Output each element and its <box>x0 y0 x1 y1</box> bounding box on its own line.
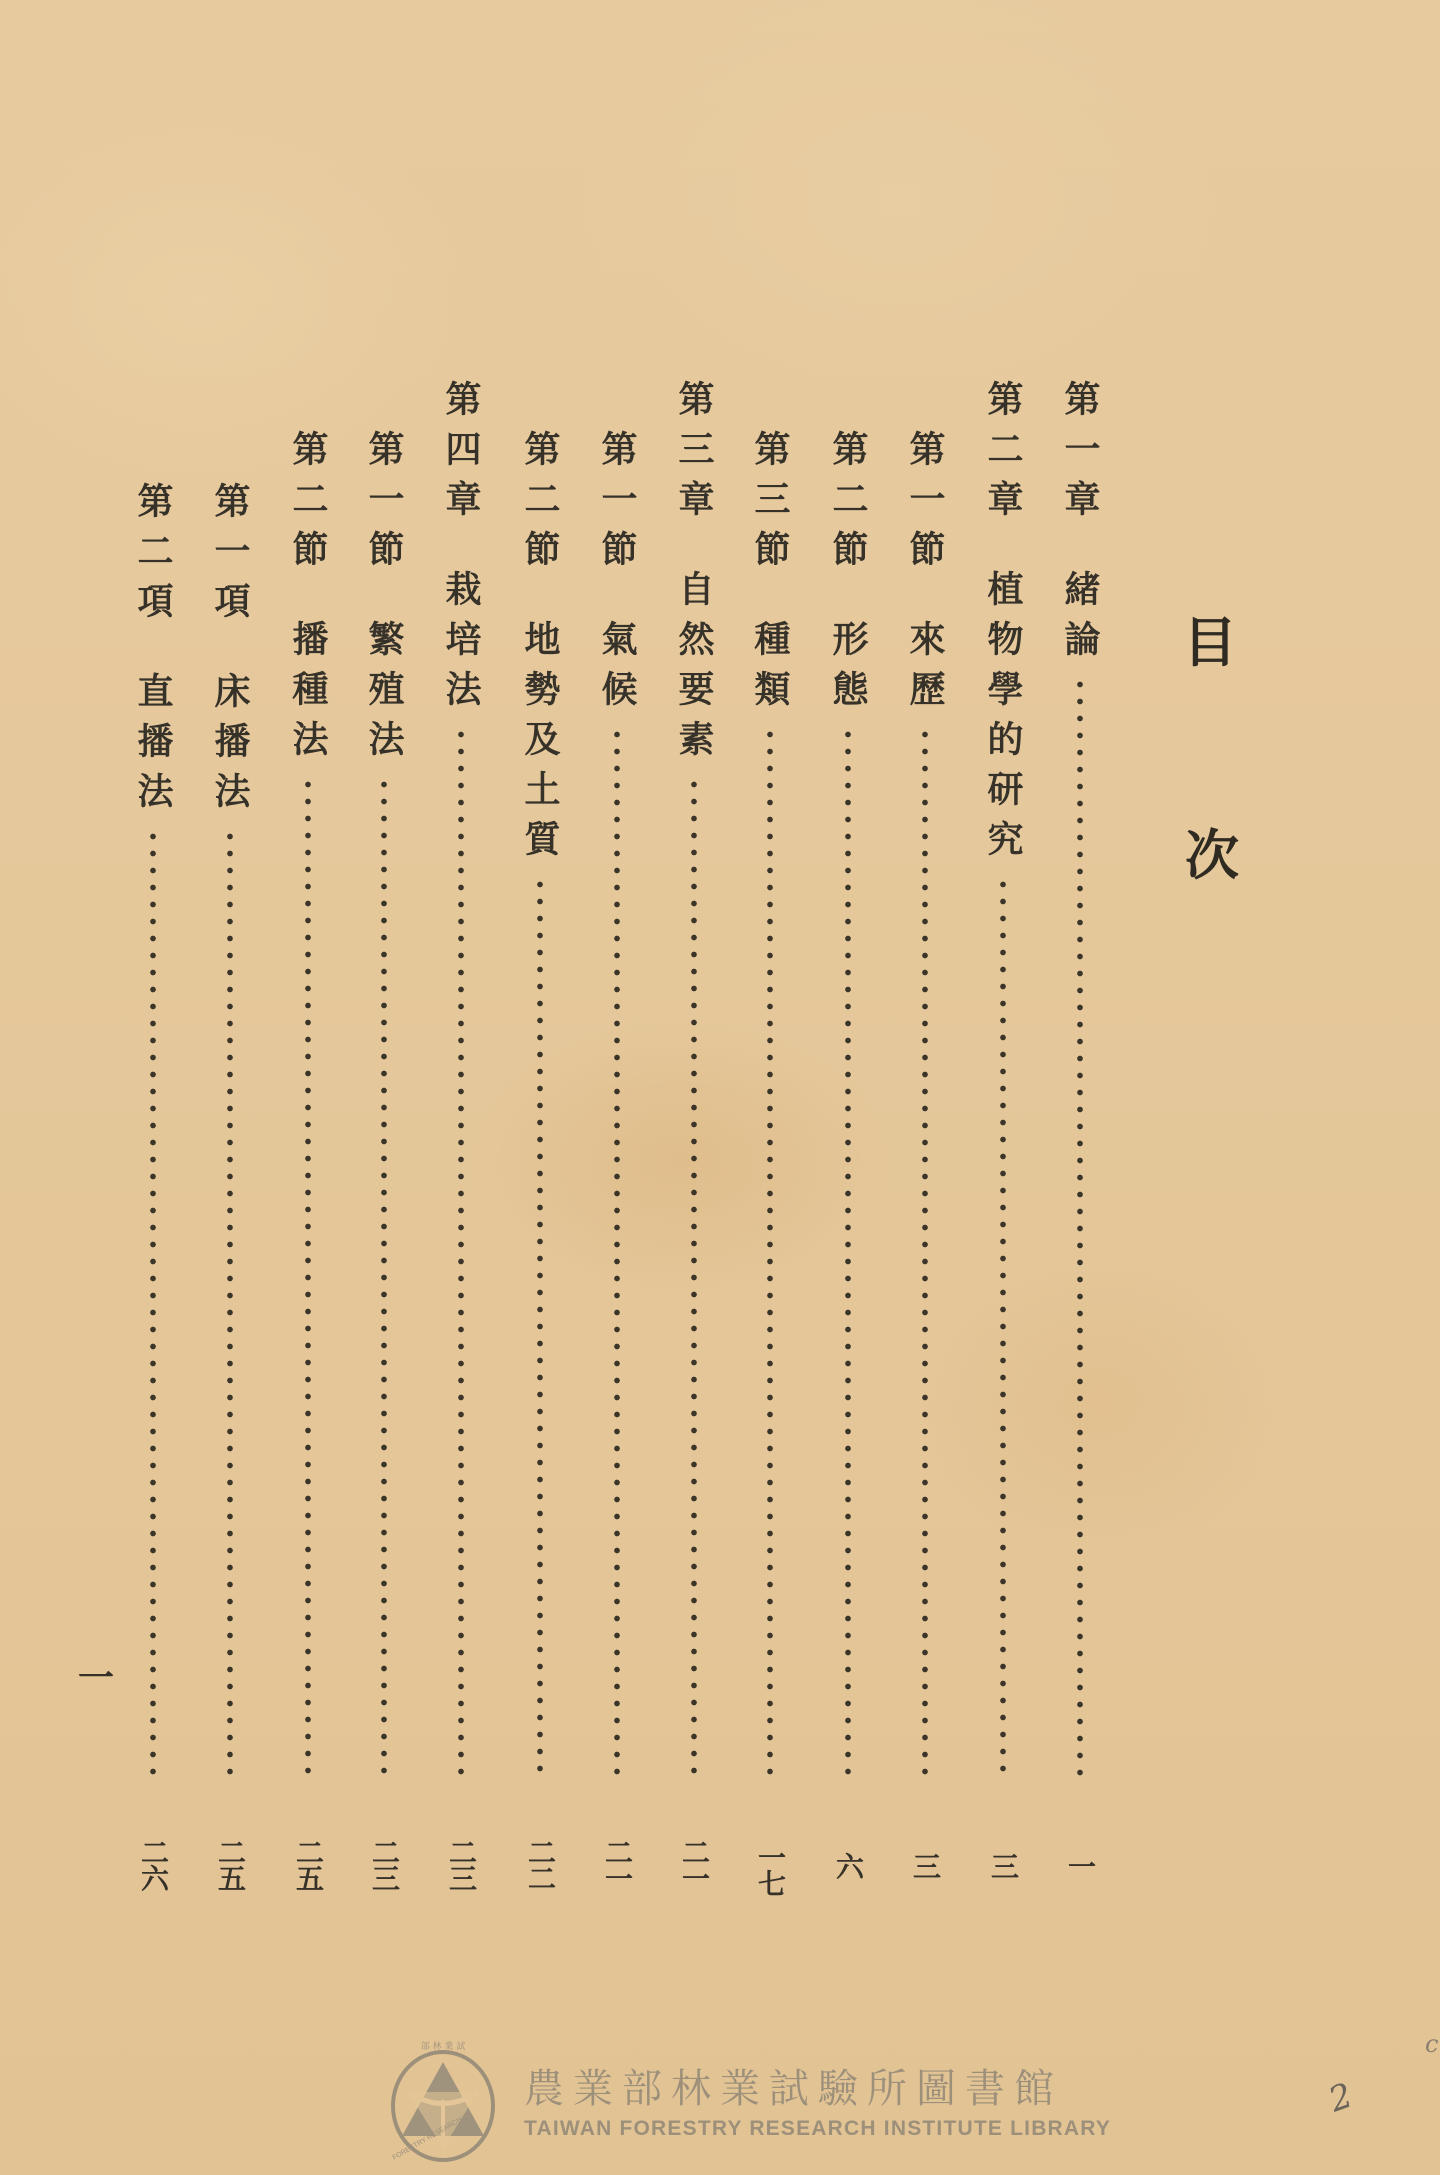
handwritten-note: 2 <box>1324 2076 1358 2121</box>
dot-leader <box>1077 676 1083 1778</box>
dot-leader <box>1000 876 1006 1778</box>
dot-leader <box>614 726 620 1778</box>
page-number: 二三 <box>362 1838 406 1890</box>
toc-entry-heading: 第二章 <box>981 380 1025 530</box>
page-number: 二三 <box>439 1838 483 1890</box>
toc-entry-item-4-2-1[interactable]: 第一項 床播法 <box>208 482 252 1778</box>
toc-entry-label: 形態 <box>826 620 870 720</box>
toc-entry-chapter-1[interactable]: 第一章 緒論 <box>1058 380 1102 1778</box>
toc-entry-heading: 第三章 <box>672 380 716 530</box>
page-number: 二一 <box>595 1838 639 1890</box>
toc-entry-section-2-1[interactable]: 第一節 來歷 <box>903 430 947 1778</box>
folio-number: 一 <box>78 1650 114 1701</box>
dot-leader <box>767 726 773 1778</box>
page-number: 二五 <box>208 1838 252 1890</box>
dot-leader <box>381 776 387 1778</box>
toc-entry-chapter-2[interactable]: 第二章 植物學的研究 <box>981 380 1025 1778</box>
toc-entry-chapter-4[interactable]: 第四章 栽培法 <box>439 380 483 1778</box>
page-number: 一 <box>1058 1852 1102 1878</box>
svg-text:部 林 業 試: 部 林 業 試 <box>421 2040 466 2052</box>
toc-entry-heading: 第一章 <box>1058 380 1102 530</box>
toc-entry-section-4-1[interactable]: 第一節 繁殖法 <box>362 430 406 1778</box>
page-number: 三 <box>903 1852 947 1878</box>
page-number: 二二 <box>518 1838 562 1890</box>
toc-entry-heading: 第三節 <box>748 430 792 580</box>
toc-entry-heading: 第二項 <box>131 482 175 632</box>
scanned-page: 目 次 第一章 緒論 第二章 植物學的研究 第一節 來歷 第二節 形態 第三節 … <box>0 0 1440 2175</box>
library-name-zh: 農業部林業試驗所圖書館 <box>524 2067 1111 2111</box>
toc-title-char-2: 次 <box>1182 828 1242 882</box>
toc-entry-label: 植物學的研究 <box>981 570 1025 870</box>
toc-title-char-1: 目 <box>1180 615 1240 669</box>
toc-entry-label: 種類 <box>748 620 792 720</box>
dot-leader <box>150 828 156 1778</box>
toc-entry-heading: 第四章 <box>439 380 483 530</box>
dot-leader <box>845 726 851 1778</box>
toc-entry-section-3-2[interactable]: 第二節 地勢及土質 <box>518 430 562 1778</box>
toc-entry-heading: 第二節 <box>286 430 330 580</box>
library-watermark: 1896 部 林 業 試 FORESTRY RESEARCH 農業部林業試驗所圖… <box>378 2040 1111 2168</box>
toc-entry-section-4-2[interactable]: 第二節 播種法 <box>286 430 330 1778</box>
toc-entry-section-2-3[interactable]: 第三節 種類 <box>748 430 792 1778</box>
dot-leader <box>305 776 311 1778</box>
toc-entry-heading: 第一節 <box>595 430 639 580</box>
toc-entry-label: 來歷 <box>903 620 947 720</box>
dot-leader <box>458 726 464 1778</box>
library-name-en: TAIWAN FORESTRY RESEARCH INSTITUTE LIBRA… <box>524 2117 1111 2141</box>
toc-entry-label: 栽培法 <box>439 570 483 720</box>
toc-entry-heading: 第一節 <box>362 430 406 580</box>
toc-entry-label: 緒論 <box>1058 570 1102 670</box>
toc-entry-section-3-1[interactable]: 第一節 氣候 <box>595 430 639 1778</box>
toc-entry-heading: 第二節 <box>518 430 562 580</box>
page-number: 二一 <box>672 1838 716 1890</box>
dot-leader <box>922 726 928 1778</box>
dot-leader <box>537 876 543 1778</box>
toc-entry-heading: 第一節 <box>903 430 947 580</box>
page-number: 一七 <box>748 1843 792 1895</box>
toc-entry-chapter-3[interactable]: 第三章 自然要素 <box>672 380 716 1778</box>
toc-entry-label: 直播法 <box>131 672 175 822</box>
dot-leader <box>691 776 697 1778</box>
edge-mark: c <box>1425 2030 1438 2058</box>
toc-entry-label: 氣候 <box>595 620 639 720</box>
toc-entry-label: 床播法 <box>208 672 252 822</box>
page-number: 三 <box>981 1852 1025 1878</box>
toc-entry-label: 地勢及土質 <box>518 620 562 870</box>
toc-entry-section-2-2[interactable]: 第二節 形態 <box>826 430 870 1778</box>
forestry-institute-logo-icon: 1896 部 林 業 試 FORESTRY RESEARCH <box>378 2040 508 2168</box>
toc-entry-heading: 第一項 <box>208 482 252 632</box>
toc-entry-label: 自然要素 <box>672 570 716 770</box>
toc-entry-heading: 第二節 <box>826 430 870 580</box>
page-number: 二五 <box>286 1838 330 1890</box>
page-number: 六 <box>826 1852 870 1878</box>
toc-entry-item-4-2-2[interactable]: 第二項 直播法 <box>131 482 175 1778</box>
page-number: 二六 <box>131 1838 175 1890</box>
toc-entry-label: 繁殖法 <box>362 620 406 770</box>
toc-entry-label: 播種法 <box>286 620 330 770</box>
dot-leader <box>227 828 233 1778</box>
